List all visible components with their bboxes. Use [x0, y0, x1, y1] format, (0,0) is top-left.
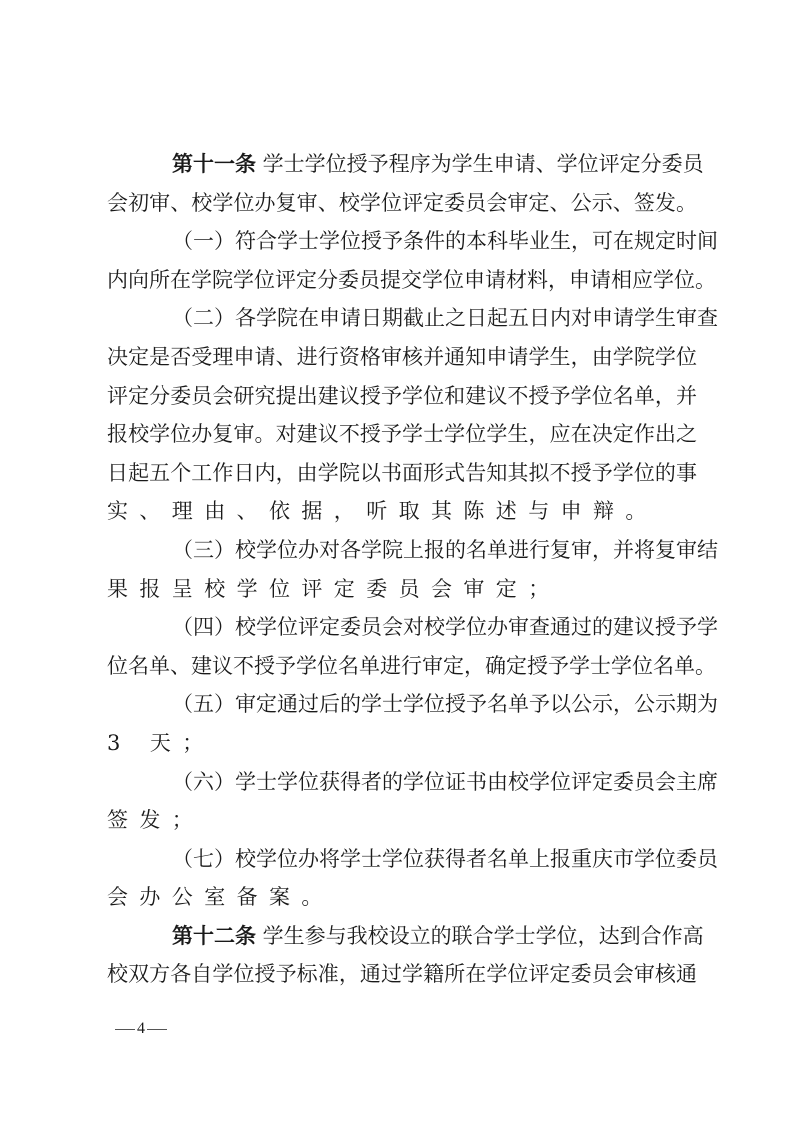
clause-2-line-5: 日起五个工作日内，由学院以书面形式告知其拟不授予学位的事 — [107, 454, 697, 493]
page-footer: 4 — [115, 1020, 167, 1038]
clause-7-line-1: （七）校学位办将学士学位获得者名单上报重庆市学位委员 — [107, 840, 697, 879]
clause-2-line-3: 评定分委员会研究提出建议授予学位和建议不授予学位名单，并 — [107, 377, 697, 416]
document-page: 第十一条 学士学位授予程序为学生申请、学位评定分委员 会初审、校学位办复审、校学… — [107, 145, 697, 994]
article-11-line-1: 第十一条 学士学位授予程序为学生申请、学位评定分委员 — [107, 145, 697, 184]
clause-4-line-2: 位名单、建议不授予学位名单进行审定，确定授予学士学位名单。 — [107, 647, 697, 686]
page-number: 4 — [135, 1020, 147, 1038]
clause-3-line-1: （三）校学位办对各学院上报的名单进行复审，并将复审结 — [107, 531, 697, 570]
clause-5-line-2: 3 天； — [107, 724, 697, 763]
clause-2-line-6: 实、理由、依据，听取其陈述与申辩。 — [107, 492, 697, 531]
clause-2-line-4: 报校学位办复审。对建议不授予学士学位学生，应在决定作出之 — [107, 415, 697, 454]
clause-3-line-2: 果报呈校学位评定委员会审定； — [107, 570, 697, 609]
article-12-line-2: 校双方各自学位授予标准，通过学籍所在学位评定委员会审核通 — [107, 955, 697, 994]
clause-1-line-2: 内向所在学院学位评定分委员提交学位申请材料，申请相应学位。 — [107, 261, 697, 300]
footer-dash-right — [147, 1029, 167, 1030]
article-11-line-2: 会初审、校学位办复审、校学位评定委员会审定、公示、签发。 — [107, 184, 697, 223]
article-12-text: 学生参与我校设立的联合学士学位，达到合作高 — [256, 924, 704, 948]
clause-5-line-1: （五）审定通过后的学士学位授予名单予以公示，公示期为 — [107, 685, 697, 724]
article-12-line-1: 第十二条 学生参与我校设立的联合学士学位，达到合作高 — [107, 917, 697, 956]
clause-2-line-1: （二）各学院在申请日期截止之日起五日内对申请学生审查 — [107, 299, 697, 338]
article-11-heading: 第十一条 — [172, 152, 256, 176]
clause-4-line-1: （四）校学位评定委员会对校学位办审查通过的建议授予学 — [107, 608, 697, 647]
clause-1-line-1: （一）符合学士学位授予条件的本科毕业生，可在规定时间 — [107, 222, 697, 261]
article-12-heading: 第十二条 — [172, 924, 256, 948]
article-11-text: 学士学位授予程序为学生申请、学位评定分委员 — [256, 152, 704, 176]
clause-2-line-2: 决定是否受理申请、进行资格审核并通知申请学生，由学院学位 — [107, 338, 697, 377]
clause-6-line-2: 签发； — [107, 801, 697, 840]
footer-dash-left — [115, 1029, 135, 1030]
clause-7-line-2: 会办公室备案。 — [107, 878, 697, 917]
clause-6-line-1: （六）学士学位获得者的学位证书由校学位评定委员会主席 — [107, 763, 697, 802]
